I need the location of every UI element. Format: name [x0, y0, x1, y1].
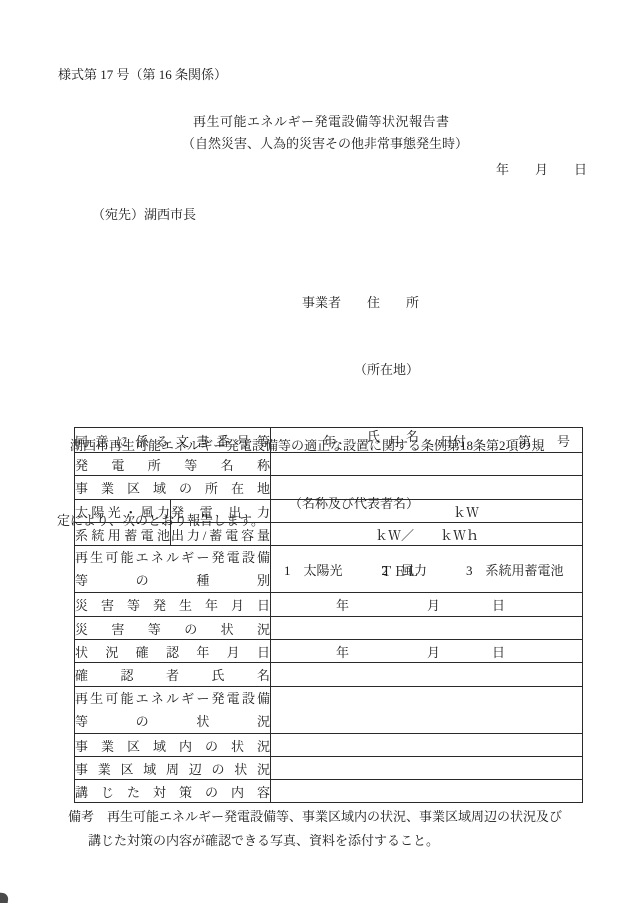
row-label: 事 業 区 域 の 所 在 地: [75, 476, 271, 500]
table-row: 確 認 者 氏 名: [75, 663, 583, 687]
row-label-line-2: 等 の 状 況: [75, 710, 270, 733]
row-value: 年 月 日付 第 号: [271, 428, 583, 453]
applicant-address-label: 事業者 住 所: [289, 292, 419, 314]
document-title: 再生可能エネルギー発電設備等状況報告書: [193, 111, 450, 130]
remarks-line-1: 備考 再生可能エネルギー発電設備等、事業区域内の状況、事業区域周辺の状況及び: [68, 805, 562, 829]
table-row: 災 害 等 発 生 年 月 日 年 月 日: [75, 593, 583, 617]
row-label: 発 電 所 等 名 称: [75, 453, 271, 476]
row-label-left: 太陽光・風力: [75, 500, 171, 523]
row-value: 年 月 日: [271, 640, 583, 663]
row-label: 確 認 者 氏 名: [75, 663, 271, 687]
table-row: 事 業 区 域 内 の 状 況: [75, 734, 583, 757]
row-label: 状 況 確 認 年 月 日: [75, 640, 271, 663]
row-label-left: 系統用蓄電池: [75, 523, 171, 546]
row-value: 1 太陽光 2 風力 3 系統用蓄電池: [271, 546, 583, 593]
date-line: 年 月 日: [496, 159, 587, 178]
row-label: 同 意 に 係 る 文 書 番 号 等: [75, 428, 271, 453]
row-label-line-2: 等 の 種 別: [75, 569, 270, 592]
document-page: 様式第 17 号（第 16 条関係） 再生可能エネルギー発電設備等状況報告書 （…: [0, 0, 630, 903]
row-value: [271, 780, 583, 803]
row-value: [271, 734, 583, 757]
table-row: 発 電 所 等 名 称: [75, 453, 583, 476]
row-label-right: 発 電 出 力: [171, 500, 271, 523]
row-label-line-1: 再生可能エネルギー発電設備: [75, 546, 270, 569]
table-row: 事 業 区 域 周 辺 の 状 況: [75, 757, 583, 780]
applicant-location-label: （所在地）: [289, 359, 419, 381]
table-row: 再生可能エネルギー発電設備 等 の 種 別 1 太陽光 2 風力 3 系統用蓄電…: [75, 546, 583, 593]
report-table: 同 意 に 係 る 文 書 番 号 等 年 月 日付 第 号 発 電 所 等 名…: [74, 427, 583, 803]
table-row: 災 害 等 の 状 況: [75, 617, 583, 640]
remarks-note: 備考 再生可能エネルギー発電設備等、事業区域内の状況、事業区域周辺の状況及び 講…: [68, 805, 562, 853]
row-label: 事 業 区 域 周 辺 の 状 況: [75, 757, 271, 780]
row-value: ｋＷ: [271, 500, 583, 523]
table-row: 再生可能エネルギー発電設備 等 の 状 況: [75, 687, 583, 734]
row-value: 年 月 日: [271, 593, 583, 617]
table-row: 事 業 区 域 の 所 在 地: [75, 476, 583, 500]
row-label: 再生可能エネルギー発電設備 等 の 状 況: [75, 687, 271, 734]
row-value: [271, 757, 583, 780]
row-value: [271, 663, 583, 687]
row-label: 災 害 等 の 状 況: [75, 617, 271, 640]
row-value: [271, 687, 583, 734]
row-label: 災 害 等 発 生 年 月 日: [75, 593, 271, 617]
table-row: 状 況 確 認 年 月 日 年 月 日: [75, 640, 583, 663]
row-label: 事 業 区 域 内 の 状 況: [75, 734, 271, 757]
row-label-line-1: 再生可能エネルギー発電設備: [75, 687, 270, 710]
remarks-line-2: 講じた対策の内容が確認できる写真、資料を添付すること。: [68, 829, 562, 853]
row-value: [271, 476, 583, 500]
row-value: ｋＷ／ ｋＷｈ: [271, 523, 583, 546]
document-subtitle: （自然災害、人為的災害その他非常事態発生時）: [182, 133, 468, 152]
row-value: [271, 453, 583, 476]
form-number: 様式第 17 号（第 16 条関係）: [58, 64, 227, 83]
table-row: 太陽光・風力 発 電 出 力 ｋＷ: [75, 500, 583, 523]
table-row: 同 意 に 係 る 文 書 番 号 等 年 月 日付 第 号: [75, 428, 583, 453]
table-row: 系統用蓄電池 出力/蓄電容量 ｋＷ／ ｋＷｈ: [75, 523, 583, 546]
scan-artifact: [0, 892, 9, 903]
addressee-line: （宛先）湖西市長: [92, 204, 196, 223]
row-label: 再生可能エネルギー発電設備 等 の 種 別: [75, 546, 271, 593]
row-value: [271, 617, 583, 640]
table-row: 講 じ た 対 策 の 内 容: [75, 780, 583, 803]
row-label-right: 出力/蓄電容量: [171, 523, 271, 546]
row-label: 講 じ た 対 策 の 内 容: [75, 780, 271, 803]
